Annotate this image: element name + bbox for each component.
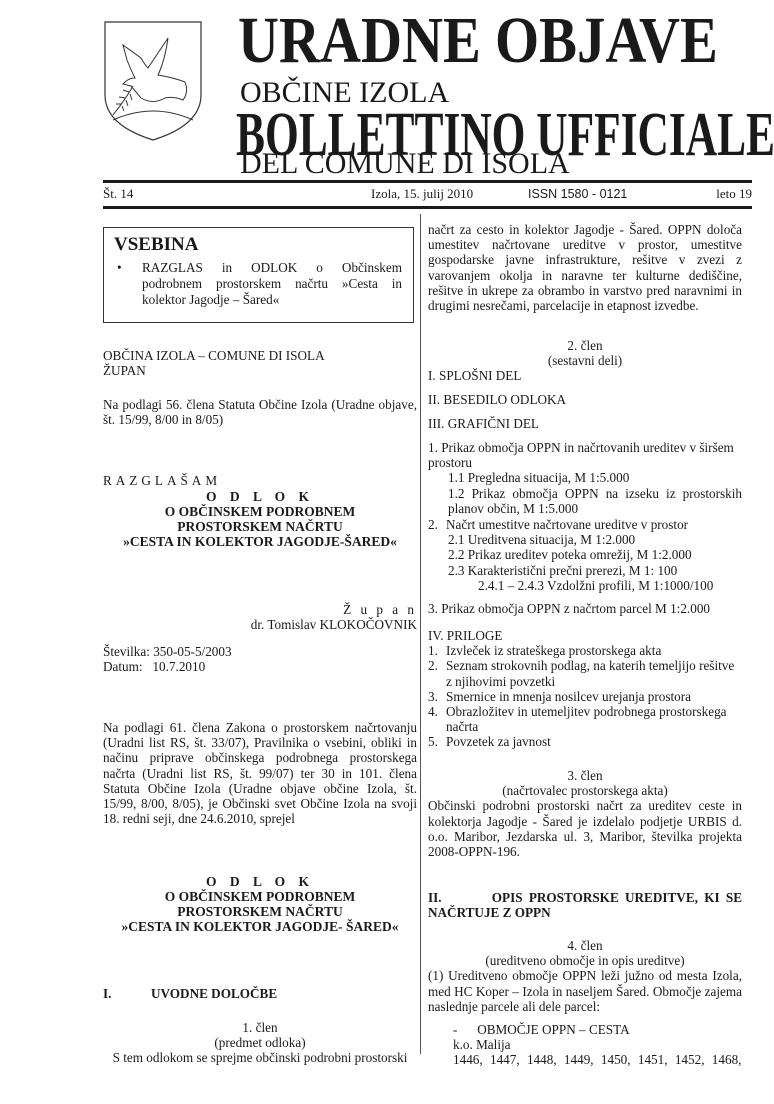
legal-basis: Na podlagi 56. člena Statuta Občine Izol…: [103, 397, 417, 427]
article-3: 3. člen (načrtovalec prostorskega akta) …: [428, 768, 742, 859]
issuer-line: OBČINA IZOLA – COMUNE DI ISOLA: [103, 348, 417, 363]
parcel-numbers: 1446, 1447, 1448, 1449, 1450, 1451, 1452…: [453, 1052, 742, 1067]
masthead-rule-top: [103, 180, 752, 183]
graphic-item-2: 2.Načrt umestitve načrtovane ureditve v …: [428, 517, 742, 593]
article-title: (predmet odloka): [103, 1035, 417, 1050]
article-1: 1. člen (predmet odloka) S tem odlokom s…: [103, 1020, 417, 1066]
bullet-icon: •: [117, 260, 122, 276]
article-2-heading: 2. člen (sestavni deli): [428, 338, 742, 368]
issue-number: Št. 14: [103, 186, 133, 202]
annex-item: 3.Smernice in mnenja nosilcev urejanja p…: [428, 689, 742, 704]
issuer-block: OBČINA IZOLA – COMUNE DI ISOLA ŽUPAN: [103, 348, 417, 378]
annexes-title: IV. PRILOGE: [428, 628, 742, 643]
signature-name: dr. Tomislav KLOKOČOVNIK: [103, 617, 417, 632]
document-date: 10.7.2010: [152, 659, 205, 674]
document-number: 350-05-5/2003: [153, 644, 231, 659]
masthead-rule-bottom: [103, 206, 752, 209]
signature-title: Ž u p a n: [103, 602, 417, 617]
article-4: 4. člen (ureditveno območje in opis ured…: [428, 938, 742, 1014]
part-3: III. GRAFIČNI DEL: [428, 416, 742, 431]
part-2: II. BESEDILO ODLOKA: [428, 392, 742, 407]
masthead-title-sl: URADNE OBJAVE: [238, 8, 718, 74]
cadastral-municipality: k.o. Malija: [453, 1037, 742, 1052]
article-1-continued: načrt za cesto in kolektor Jagodje - Šar…: [428, 222, 742, 313]
issue-place-date: Izola, 15. julij 2010: [371, 186, 473, 202]
issue-year: leto 19: [716, 186, 752, 202]
contents-box: VSEBINA • RAZGLAS in ODLOK o Občinskem p…: [103, 227, 414, 323]
column-divider: [420, 214, 421, 1054]
decree-heading-2: O D L O K O OBČINSKEM PODROBNEM PROSTORS…: [103, 874, 417, 934]
part-1: I. SPLOŠNI DEL: [428, 368, 742, 383]
annex-item: 4.Obrazložitev in utemeljitev podrobnega…: [428, 704, 742, 734]
proclamation: RAZGLAŠAM: [103, 473, 417, 488]
preamble: Na podlagi 61. člena Zakona o prostorske…: [103, 720, 417, 826]
annex-item: 2.Seznam strokovnih podlag, na katerih t…: [428, 658, 742, 688]
article-text: S tem odlokom se sprejme občinski podrob…: [103, 1050, 417, 1065]
issue-info-row: Št. 14 Izola, 15. julij 2010 ISSN 1580 -…: [103, 186, 752, 202]
section-1-heading: I. UVODNE DOLOČBE: [103, 986, 417, 1001]
annexes: IV. PRILOGE 1.Izvleček iz strateškega pr…: [428, 628, 742, 750]
coat-of-arms-dove-icon: [103, 20, 203, 142]
area-list: - OBMOČJE OPPN – CESTA k.o. Malija 1446,…: [428, 1022, 742, 1068]
signature-block: Ž u p a n dr. Tomislav KLOKOČOVNIK: [103, 602, 417, 632]
annex-item: 5.Povzetek za javnost: [428, 734, 742, 749]
contents-item-label: RAZGLAS in ODLOK o Občinskem podrobnem p…: [142, 260, 402, 308]
graphic-item-1: 1. Prikaz območja OPPN in načrtovanih ur…: [428, 440, 742, 516]
issue-issn: ISSN 1580 - 0121: [528, 186, 627, 202]
masthead-subtitle-it: DEL COMUNE DI ISOLA: [240, 148, 570, 180]
decree-heading: O D L O K O OBČINSKEM PODROBNEM PROSTORS…: [103, 489, 417, 549]
article-number: 1. člen: [103, 1020, 417, 1035]
document-reference: Številka: 350-05-5/2003 Datum: 10.7.2010: [103, 644, 417, 674]
annex-item: 1.Izvleček iz strateškega prostorskega a…: [428, 643, 742, 658]
contents-title: VSEBINA: [114, 234, 198, 256]
section-2-heading: II. OPIS PROSTORSKE UREDITVE, KI SE NAČR…: [428, 890, 742, 920]
issuer-role: ŽUPAN: [103, 363, 417, 378]
graphic-item-3: 3. Prikaz območja OPPN z načrtom parcel …: [428, 601, 742, 616]
area-title: OBMOČJE OPPN – CESTA: [477, 1022, 629, 1037]
